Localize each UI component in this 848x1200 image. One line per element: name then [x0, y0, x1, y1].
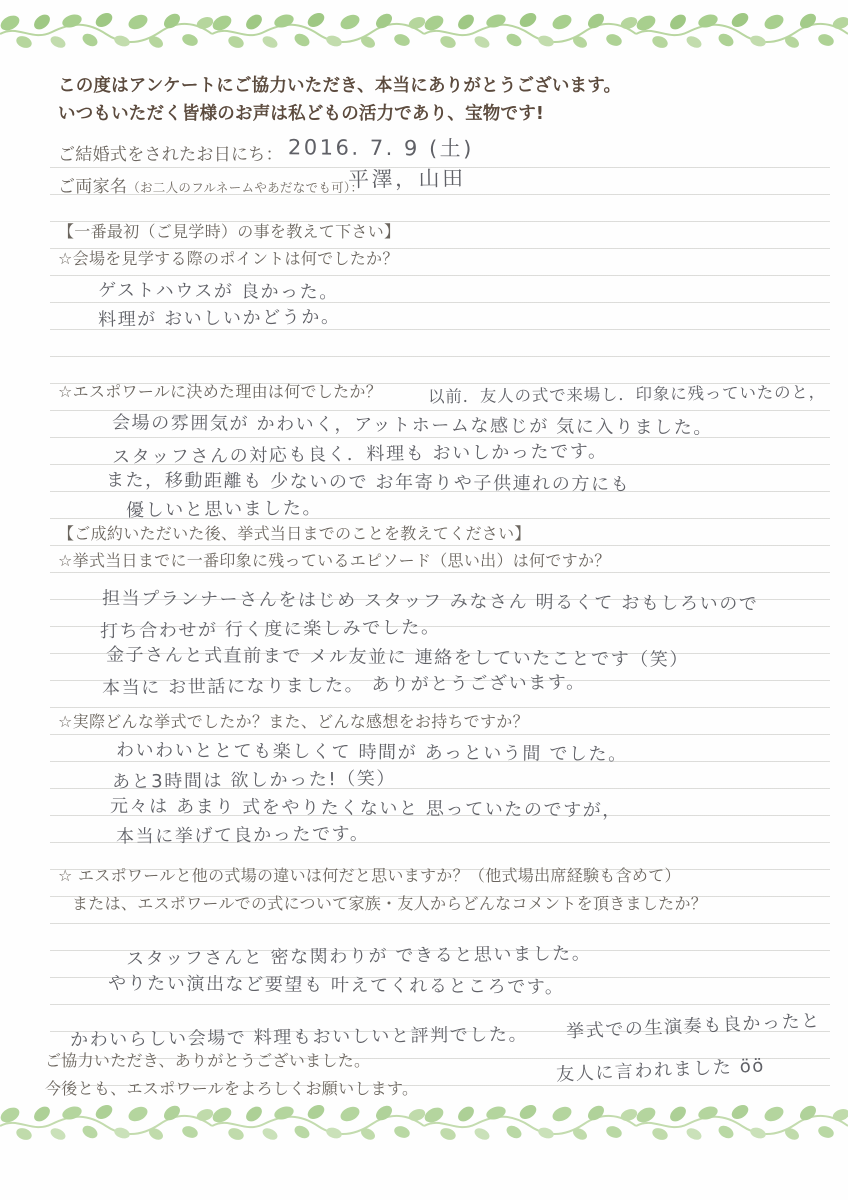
answer-reason-5: 優しいと思いました。: [126, 494, 322, 522]
family-name-note: （お二人のフルネームやあだなでも可）：: [127, 180, 363, 195]
answer-comments-right-2: 友人に言われました öö: [556, 1051, 766, 1086]
wedding-date-value: 2016. 7. 9 (土): [288, 131, 474, 163]
answer-reason-3: スタッフさんの対応も良く．料理も おいしかったです。: [112, 437, 608, 469]
section-heading-after-contract: 【ご成約いただいた後、挙式当日までのことを教えてください】: [58, 521, 531, 544]
answer-reason-4: また，移動距離も 少ないので お年寄りや子供連れの方にも: [106, 466, 630, 497]
answer-impression-1: わいわいととても楽しくて 時間が あっという間 でした。: [116, 736, 628, 766]
question-episode: ☆挙式当日までに一番印象に残っているエピソード（思い出）は何ですか？: [58, 548, 611, 571]
answer-reason-1: 以前．友人の式で来場し．印象に残っていたのと，: [428, 379, 826, 408]
answer-impression-2: あと3時間は 欲しかった!（笑）: [112, 764, 396, 793]
answer-episode-2: 打ち合わせが 行く度に楽しみでした。: [100, 613, 441, 643]
question-reason-chose: ☆エスポワールに決めた理由は何でしたか？: [58, 379, 382, 402]
family-name-label: ご両家名: [58, 177, 127, 197]
question-difference-line-2: または、エスポワールでの式について家族・友人からどんなコメントを頂きましたか？: [72, 891, 707, 914]
question-ceremony-impression: ☆実際どんな挙式でしたか？また、どんな感想をお持ちですか？: [58, 709, 529, 732]
answer-difference-1: スタッフさんと 密な関わりが できると思いました。: [126, 939, 592, 971]
intro-line-1: この度はアンケートにご協力いただき、本当にありがとうございます。: [58, 72, 621, 97]
answer-difference-2: やりたい演出など要望も 叶えてくれるところです。: [108, 969, 565, 999]
answer-reason-2: 会場の雰囲気が かわいく，アットホームな感じが 気に入りました。: [112, 408, 713, 439]
question-venue-points: ☆会場を見学する際のポイントは何でしたか？: [58, 246, 399, 269]
answer-comments-right-1: 挙式での生演奏も良かったと: [566, 1006, 822, 1043]
answer-impression-4: 本当に挙げて良かったです。: [116, 819, 370, 848]
intro-line-2: いつもいただく皆様のお声は私どもの活力であり、宝物です!: [58, 100, 544, 125]
answer-episode-3: 金子さんと式直前まで メル友並に 連絡をしていたことです（笑）: [106, 640, 689, 671]
answer-episode-1: 担当プランナーさんをはじめ スタッフ みなさん 明るくて おもしろいので: [102, 584, 759, 616]
vine-border-top-icon: [0, 4, 848, 58]
answer-impression-3: 元々は あまり 式をやりたくないと 思っていたのですが，: [110, 792, 622, 822]
question-difference-line-1: ☆ エスポワールと他の式場の違いは何だと思いますか？（他式場出席経験も含めて）: [58, 863, 681, 886]
wedding-date-label: ご結婚式をされたお日にち：: [58, 140, 283, 165]
answer-venue-points-1: ゲストハウスが 良かった。: [98, 276, 339, 304]
section-heading-first-visit: 【一番最初（ご見学時）の事を教えて下さい】: [58, 219, 400, 242]
answer-venue-points-2: 料理が おいしいかどうか。: [98, 303, 341, 332]
answer-episode-4: 本当に お世話になりました。 ありがとうございます。: [102, 668, 586, 700]
closing-line-1: ご協力いただき、ありがとうございました。: [45, 1048, 370, 1071]
closing-line-2: 今後とも、エスポワールをよろしくお願いします。: [45, 1076, 418, 1099]
family-name-value: 平澤，山田: [348, 162, 466, 193]
family-name-row: ご両家名（お二人のフルネームやあだなでも可）：: [58, 172, 363, 197]
questionnaire-page: この度はアンケートにご協力いただき、本当にありがとうございます。 いつもいただく…: [0, 0, 848, 1200]
vine-border-bottom-icon: [0, 1096, 848, 1150]
